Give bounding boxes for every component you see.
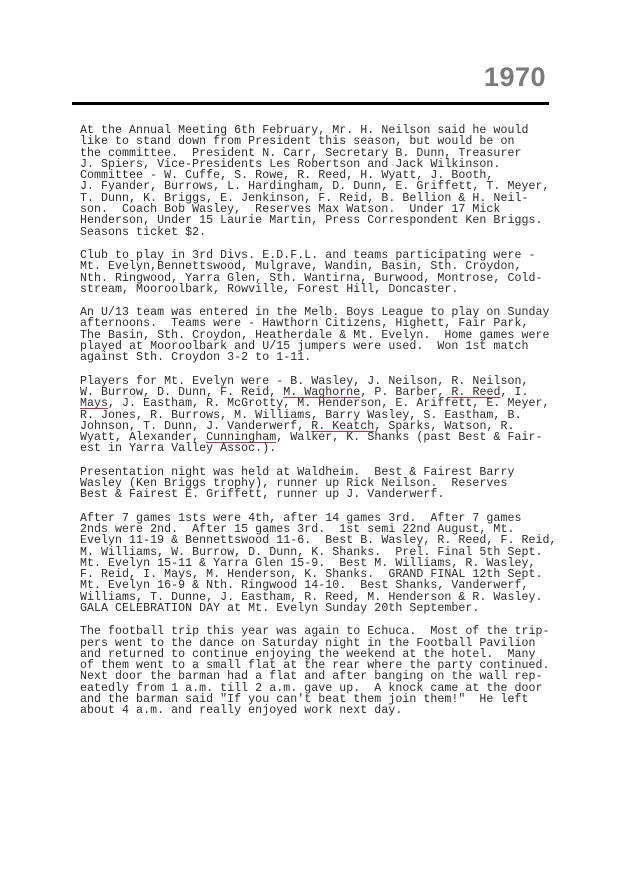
paragraph-divisions: Club to play in 3rd Divs. E.D.F.L. and t… [80,250,600,295]
text-line: Best & Fairest E. Griffett, runner up J.… [80,489,600,500]
text-line: Mt. Evelyn 16-9 & Nth. Ringwood 14-10. B… [80,580,600,591]
paragraph-players: Players for Mt. Evelyn were - B. Wasley,… [80,376,600,455]
paragraph-u13-team: An U/13 team was entered in the Melb. Bo… [80,307,600,363]
text-line: GALA CELEBRATION DAY at Mt. Evelyn Sunda… [80,603,600,614]
text-line: Mt. Evelyn,Bennettswood, Mulgrave, Wandi… [80,261,600,272]
text-line: like to stand down from President this s… [80,136,600,147]
text-line: Henderson, Under 15 Laurie Martin, Press… [80,215,600,226]
paragraph-football-trip: The football trip this year was again to… [80,626,600,716]
document-page: 1970 At the Annual Meeting 6th February,… [0,0,621,877]
text-line: Seasons ticket $2. [80,227,600,238]
text-line: against Sth. Croydon 3-2 to 1-11. [80,352,600,363]
paragraph-annual-meeting: At the Annual Meeting 6th February, Mr. … [80,125,600,238]
text-line: Evelyn 11-19 & Bennettswood 11-6. Best B… [80,535,600,546]
text-line: Mays, J. Eastham, R. McGrotty, M. Hender… [80,398,600,409]
paragraph-season-results: After 7 games 1sts were 4th, after 14 ga… [80,513,600,615]
typed-text-body: At the Annual Meeting 6th February, Mr. … [80,125,600,729]
text-line: The football trip this year was again to… [80,626,600,637]
text-line: est in Yarra Valley Assoc.). [80,443,600,454]
year-heading: 1970 [484,62,546,93]
text-line: about 4 a.m. and really enjoyed work nex… [80,705,600,716]
text-line: stream, Mooroolbark, Rowville, Forest Hi… [80,284,600,295]
header-rule [72,102,549,105]
paragraph-presentation: Presentation night was held at Waldheim.… [80,467,600,501]
